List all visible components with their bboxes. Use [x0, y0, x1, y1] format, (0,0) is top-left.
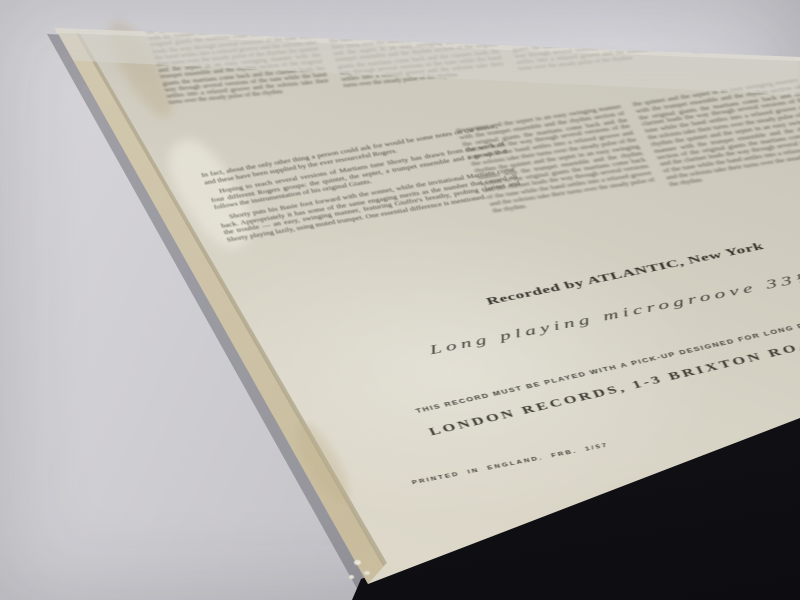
- printed-in-england-line: PRINTED IN ENGLAND. FRB. 1/57: [411, 441, 610, 485]
- liner-notes-column: the quintet and the septet in an easy sw…: [320, 0, 519, 131]
- worn-corner-speck: [349, 575, 354, 579]
- photo-scene: the quintet and the septet in an easy sw…: [0, 0, 800, 600]
- liner-notes-heading-illegible: the quintet and the septet in an easy sw…: [284, 0, 686, 11]
- liner-notes-legible-paragraphs: In fact, about the only other thing a pe…: [200, 122, 545, 296]
- liner-notes-column: the quintet and the septet in an easy sw…: [145, 14, 344, 148]
